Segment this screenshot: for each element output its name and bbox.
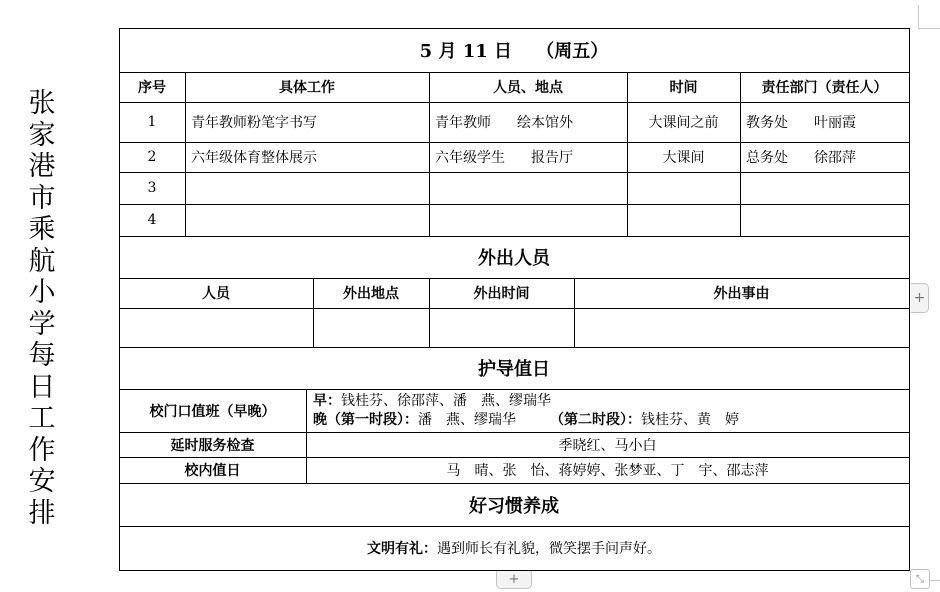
side-title-char: 每: [26, 340, 58, 372]
row4-task[interactable]: [185, 204, 429, 236]
side-title-char: 乘: [26, 214, 58, 246]
row1-no[interactable]: 1: [119, 102, 185, 142]
row1-people: 青年教师: [435, 112, 491, 132]
evening-label-2: （第二时段）：: [550, 412, 641, 428]
row2-people-place[interactable]: 六年级学生报告厅: [429, 142, 627, 172]
side-title-char: 航: [26, 246, 58, 278]
outing-header-reason: 外出事由: [574, 278, 909, 308]
plus-icon: +: [509, 572, 520, 587]
row1-dept-name: 教务处: [746, 112, 788, 132]
outing-header-time: 外出时间: [429, 278, 574, 308]
row2-person: 徐邵萍: [814, 147, 856, 167]
row1-people-place[interactable]: 青年教师绘本馆外: [429, 102, 627, 142]
gate-duty-label: 校门口值班（早晚）: [119, 389, 306, 432]
outing-header-person: 人员: [119, 278, 313, 308]
side-title-char: 学: [26, 309, 58, 341]
row2-task[interactable]: 六年级体育整体展示: [185, 142, 429, 172]
header-no: 序号: [119, 72, 185, 102]
add-column-button[interactable]: +: [911, 283, 929, 313]
header-task: 具体工作: [185, 72, 429, 102]
campus-duty-label: 校内值日: [119, 457, 306, 483]
side-title-char: 家: [26, 120, 58, 152]
row1-place: 绘本馆外: [517, 112, 573, 132]
header-dept: 责任部门（责任人）: [740, 72, 909, 102]
schedule-table: 5 月 11 日 （周五） 序号 具体工作 人员、地点 时间 责任部门（责任人）…: [119, 28, 909, 570]
row3-people-place[interactable]: [429, 172, 627, 204]
side-title-char: 工: [26, 403, 58, 435]
side-title-char: 安: [26, 466, 58, 498]
row4-no[interactable]: 4: [119, 204, 185, 236]
row1-person: 叶丽霞: [814, 112, 856, 132]
side-title-char: 张: [26, 88, 58, 120]
document-side-title: 张 家 港 市 乘 航 小 学 每 日 工 作 安 排: [26, 88, 58, 529]
outing-person-cell[interactable]: [119, 308, 313, 347]
side-title-char: 排: [26, 498, 58, 530]
side-title-char: 作: [26, 435, 58, 467]
row3-dept[interactable]: [740, 172, 909, 204]
gate-evening-line: 晚（第一时段）：潘 燕、缪瑞华（第二时段）：钱桂芬、黄 婷: [313, 411, 739, 430]
outing-header-place: 外出地点: [313, 278, 429, 308]
row3-task[interactable]: [185, 172, 429, 204]
page-margin-corner-mark: [930, 580, 940, 581]
row1-dept[interactable]: 教务处叶丽霞: [740, 102, 909, 142]
add-row-button[interactable]: +: [496, 571, 532, 589]
outing-section-title: 外出人员: [119, 236, 909, 278]
row3-no[interactable]: 3: [119, 172, 185, 204]
row2-dept[interactable]: 总务处徐邵萍: [740, 142, 909, 172]
row3-time[interactable]: [627, 172, 740, 204]
evening-label-1: 晚（第一时段）：: [313, 412, 418, 428]
morning-names: 钱桂芬、徐邵萍、潘 燕、缪瑞华: [341, 393, 551, 409]
delay-service-label: 延时服务检查: [119, 432, 306, 457]
row2-time[interactable]: 大课间: [627, 142, 740, 172]
outing-time-cell[interactable]: [429, 308, 574, 347]
row2-dept-name: 总务处: [746, 147, 788, 167]
page-margin-corner-mark: [918, 5, 940, 29]
gate-duty-content[interactable]: 早：钱桂芬、徐邵萍、潘 燕、缪瑞华 晚（第一时段）：潘 燕、缪瑞华（第二时段）：…: [306, 389, 909, 432]
habit-section-title: 好习惯养成: [119, 483, 909, 526]
resize-arrows-icon: ⤡: [916, 574, 924, 585]
plus-icon: +: [914, 290, 926, 306]
row4-time[interactable]: [627, 204, 740, 236]
side-title-char: 港: [26, 151, 58, 183]
row4-people-place[interactable]: [429, 204, 627, 236]
evening-names-1: 潘 燕、缪瑞华: [418, 412, 516, 428]
row1-time[interactable]: 大课间之前: [627, 102, 740, 142]
morning-label: 早：: [313, 393, 341, 409]
habit-content[interactable]: 文明有礼：遇到师长有礼貌，微笑摆手问声好。: [119, 526, 909, 570]
header-people-place: 人员、地点: [429, 72, 627, 102]
row2-people: 六年级学生: [435, 147, 505, 167]
table-resize-handle[interactable]: ⤡: [910, 569, 930, 589]
date-header: 5 月 11 日 （周五）: [119, 28, 909, 72]
table-border: [909, 28, 910, 571]
side-title-char: 小: [26, 277, 58, 309]
gate-morning-line: 早：钱桂芬、徐邵萍、潘 燕、缪瑞华: [313, 392, 551, 411]
habit-text: 遇到师长有礼貌，微笑摆手问声好。: [437, 538, 661, 558]
habit-label: 文明有礼：: [367, 538, 437, 558]
delay-service-names[interactable]: 季晓红、马小白: [306, 432, 909, 457]
side-title-char: 市: [26, 183, 58, 215]
row1-task[interactable]: 青年教师粉笔字书写: [185, 102, 429, 142]
side-title-char: 日: [26, 372, 58, 404]
evening-names-2: 钱桂芬、黄 婷: [641, 412, 739, 428]
duty-section-title: 护导值日: [119, 347, 909, 389]
campus-duty-names[interactable]: 马 晴、张 怡、蒋婷婷、张梦亚、丁 宇、邵志萍: [306, 457, 909, 483]
outing-reason-cell[interactable]: [574, 308, 909, 347]
row2-place: 报告厅: [531, 147, 573, 167]
row2-no[interactable]: 2: [119, 142, 185, 172]
header-time: 时间: [627, 72, 740, 102]
row4-dept[interactable]: [740, 204, 909, 236]
outing-place-cell[interactable]: [313, 308, 429, 347]
